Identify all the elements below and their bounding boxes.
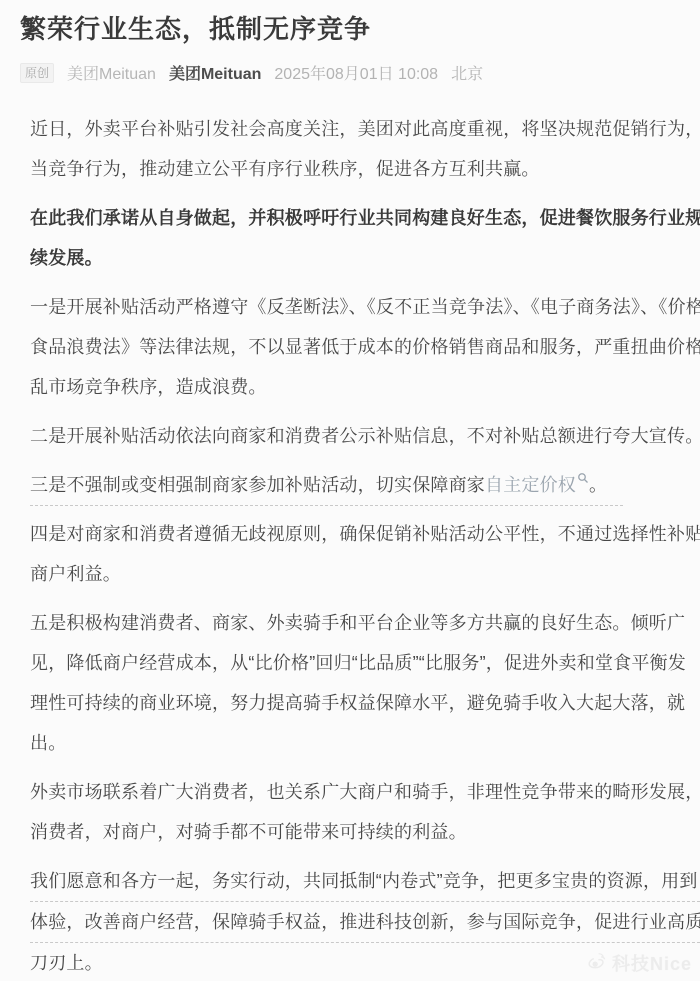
article-title: 繁荣行业生态，抵制无序竞争 bbox=[20, 12, 680, 46]
search-link[interactable]: 自主定价权 bbox=[485, 475, 576, 495]
paragraph-line: 在此我们承诺从自身做起，并积极呼吁行业共同构建良好生态，促进餐饮服务行业规 bbox=[30, 198, 700, 238]
paragraph-line: 出。 bbox=[30, 723, 700, 763]
publish-time: 2025年08月01日 10:08 bbox=[274, 61, 438, 84]
paragraph-line: 商户利益。 bbox=[30, 554, 700, 594]
paragraph-line: 乱市场竞争秩序，造成浪费。 bbox=[30, 367, 700, 407]
paragraph-line: 食品浪费法》等法律法规，不以显著低于成本的价格销售商品和服务，严重扭曲价格 bbox=[30, 327, 700, 367]
dashed-underline-text: 三是不强制或变相强制商家参加补贴活动，切实保障商家自主定价权。 bbox=[30, 466, 623, 506]
paragraph-line: 三是不强制或变相强制商家参加补贴活动，切实保障商家自主定价权。 bbox=[30, 465, 700, 505]
article-content: 近日，外卖平台补贴引发社会高度关注，美团对此高度重视，将坚决规范促销行为，当竞争… bbox=[30, 109, 700, 981]
paragraph-line: 当竞争行为，推动建立公平有序行业秩序，促进各方互利共赢。 bbox=[30, 149, 700, 189]
paragraph-text: 。 bbox=[589, 475, 607, 495]
paragraph-line: 见，降低商户经营成本，从“比价格”回归“比品质”“比服务”，促进外卖和堂食平衡发 bbox=[30, 643, 700, 683]
weibo-logo-icon bbox=[586, 952, 608, 974]
search-icon[interactable] bbox=[577, 472, 589, 484]
paragraph-line: 一是开展补贴活动严格遵守《反垄断法》、《反不正当竞争法》、《电子商务法》、《价格 bbox=[30, 287, 700, 327]
paragraph-line: 我们愿意和各方一起，务实行动，共同抵制“内卷式”竞争，把更多宝贵的资源，用到 bbox=[30, 861, 700, 902]
original-badge: 原创 bbox=[20, 63, 54, 83]
paragraph: 五是积极构建消费者、商家、外卖骑手和平台企业等多方共赢的良好生态。倾听广见，降低… bbox=[30, 603, 700, 763]
paragraph-line: 续发展。 bbox=[30, 238, 700, 278]
watermark: 科技Nice bbox=[586, 950, 692, 976]
paragraph: 四是对商家和消费者遵循无歧视原则，确保促销补贴活动公平性，不通过选择性补贴商户利… bbox=[30, 514, 700, 594]
paragraph-text: 三是不强制或变相强制商家参加补贴活动，切实保障商家 bbox=[30, 475, 485, 495]
author-name[interactable]: 美团Meituan bbox=[169, 61, 261, 84]
paragraph-line: 五是积极构建消费者、商家、外卖骑手和平台企业等多方共赢的良好生态。倾听广 bbox=[30, 603, 700, 643]
paragraph: 在此我们承诺从自身做起，并积极呼吁行业共同构建良好生态，促进餐饮服务行业规续发展… bbox=[30, 198, 700, 278]
paragraph-line: 理性可持续的商业环境，努力提高骑手权益保障水平，避免骑手收入大起大落，就 bbox=[30, 683, 700, 723]
paragraph: 近日，外卖平台补贴引发社会高度关注，美团对此高度重视，将坚决规范促销行为，当竞争… bbox=[30, 109, 700, 189]
watermark-text: 科技Nice bbox=[612, 950, 692, 976]
author-link[interactable]: 美团Meituan bbox=[67, 61, 156, 84]
paragraph-line: 四是对商家和消费者遵循无歧视原则，确保促销补贴活动公平性，不通过选择性补贴 bbox=[30, 514, 700, 554]
paragraph: 一是开展补贴活动严格遵守《反垄断法》、《反不正当竞争法》、《电子商务法》、《价格… bbox=[30, 287, 700, 407]
paragraph: 三是不强制或变相强制商家参加补贴活动，切实保障商家自主定价权。 bbox=[30, 465, 700, 505]
paragraph: 外卖市场联系着广大消费者，也关系广大商户和骑手，非理性竞争带来的畸形发展，消费者… bbox=[30, 772, 700, 852]
paragraph-line: 外卖市场联系着广大消费者，也关系广大商户和骑手，非理性竞争带来的畸形发展， bbox=[30, 772, 700, 812]
article-meta: 原创 美团Meituan 美团Meituan 2025年08月01日 10:08… bbox=[20, 61, 680, 84]
paragraph-line: 消费者，对商户，对骑手都不可能带来可持续的利益。 bbox=[30, 812, 700, 852]
paragraph-line: 近日，外卖平台补贴引发社会高度关注，美团对此高度重视，将坚决规范促销行为， bbox=[30, 109, 700, 149]
paragraph-line: 二是开展补贴活动依法向商家和消费者公示补贴信息，不对补贴总额进行夸大宣传。 bbox=[30, 416, 700, 456]
paragraph-line: 体验，改善商户经营，保障骑手权益，推进科技创新，参与国际竞争，促进行业高质 bbox=[30, 902, 700, 943]
publish-location: 北京 bbox=[451, 61, 483, 84]
paragraph: 二是开展补贴活动依法向商家和消费者公示补贴信息，不对补贴总额进行夸大宣传。 bbox=[30, 416, 700, 456]
